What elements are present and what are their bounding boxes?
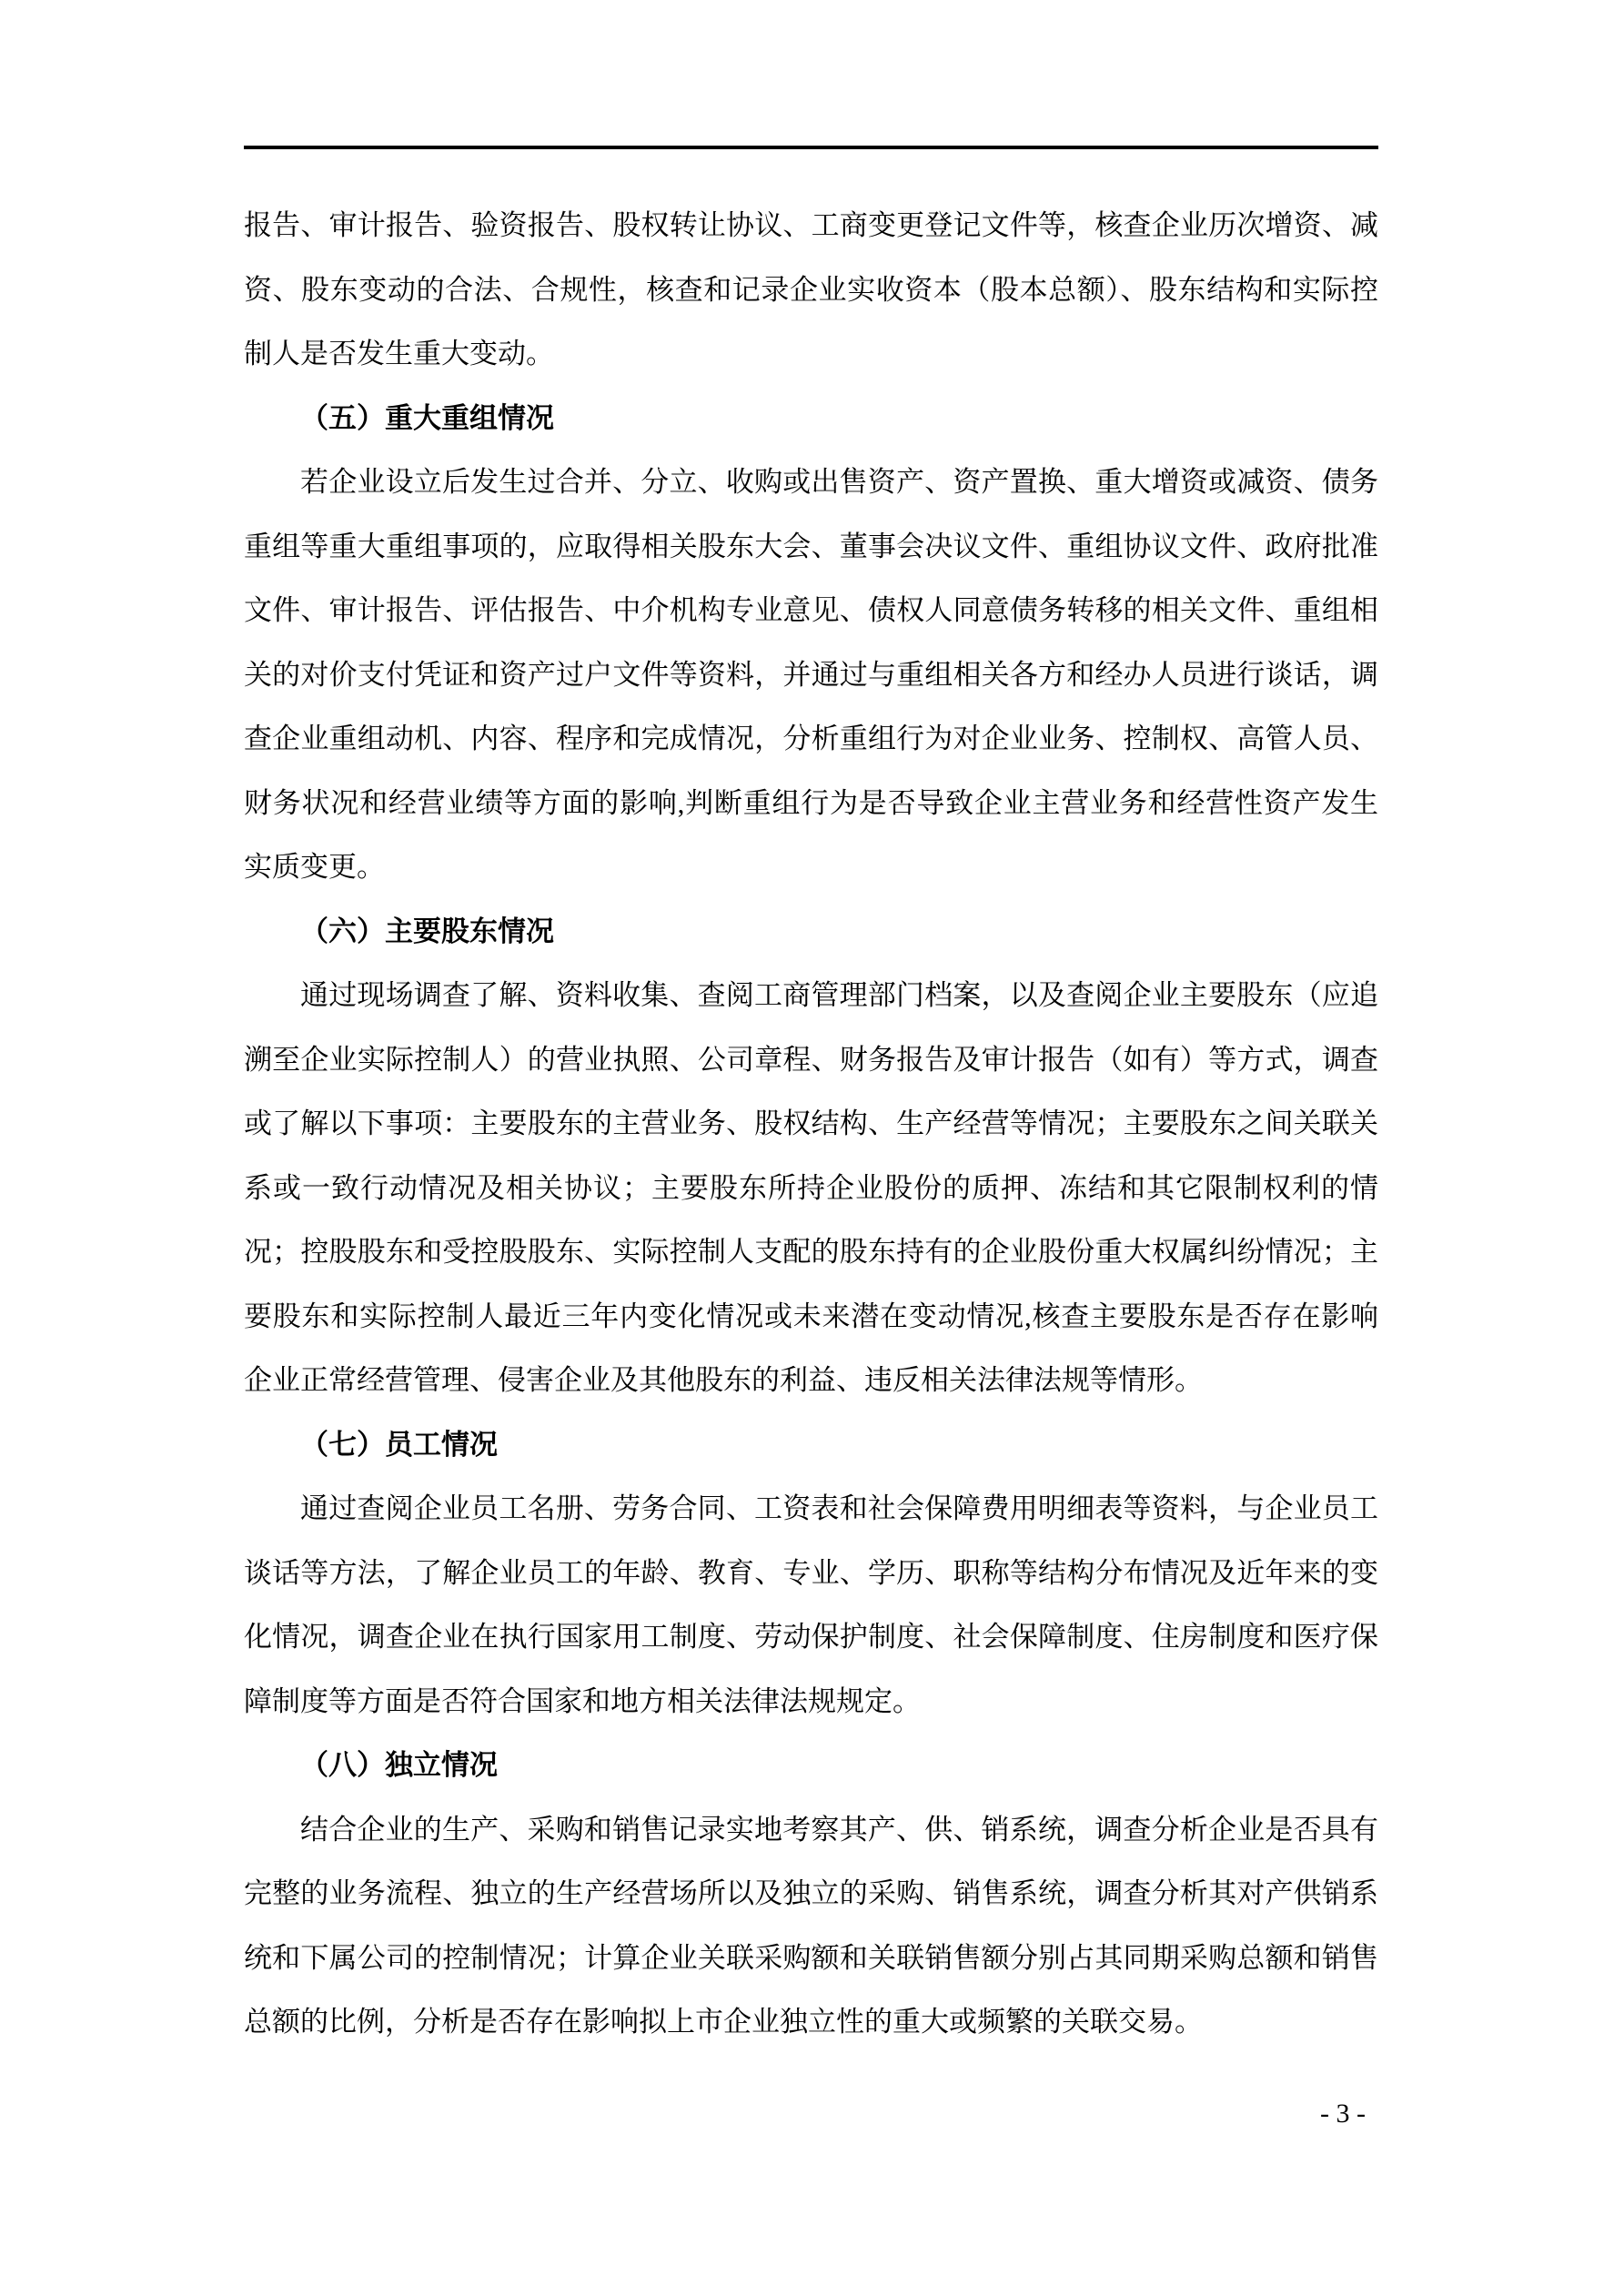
body-paragraph: 报告、审计报告、验资报告、股权转让协议、工商变更登记文件等，核查企业历次增资、减… bbox=[244, 194, 1378, 387]
document-page: 报告、审计报告、验资报告、股权转让协议、工商变更登记文件等，核查企业历次增资、减… bbox=[0, 0, 1624, 2296]
section-heading: （七）员工情况 bbox=[244, 1413, 1378, 1478]
section-heading: （六）主要股东情况 bbox=[244, 900, 1378, 965]
section-heading: （五）重大重组情况 bbox=[244, 387, 1378, 451]
section-heading: （八）独立情况 bbox=[244, 1734, 1378, 1798]
body-paragraph: 结合企业的生产、采购和销售记录实地考察其产、供、销系统，调查分析企业是否具有完整… bbox=[244, 1798, 1378, 2055]
body-paragraph: 通过现场调查了解、资料收集、查阅工商管理部门档案，以及查阅企业主要股东（应追溯至… bbox=[244, 964, 1378, 1413]
body-paragraph: 若企业设立后发生过合并、分立、收购或出售资产、资产置换、重大增资或减资、债务重组… bbox=[244, 450, 1378, 900]
document-body: 报告、审计报告、验资报告、股权转让协议、工商变更登记文件等，核查企业历次增资、减… bbox=[244, 194, 1378, 2055]
body-paragraph: 通过查阅企业员工名册、劳务合同、工资表和社会保障费用明细表等资料，与企业员工谈话… bbox=[244, 1477, 1378, 1734]
header-rule bbox=[244, 146, 1378, 149]
page-number: - 3 - bbox=[244, 2098, 1378, 2130]
